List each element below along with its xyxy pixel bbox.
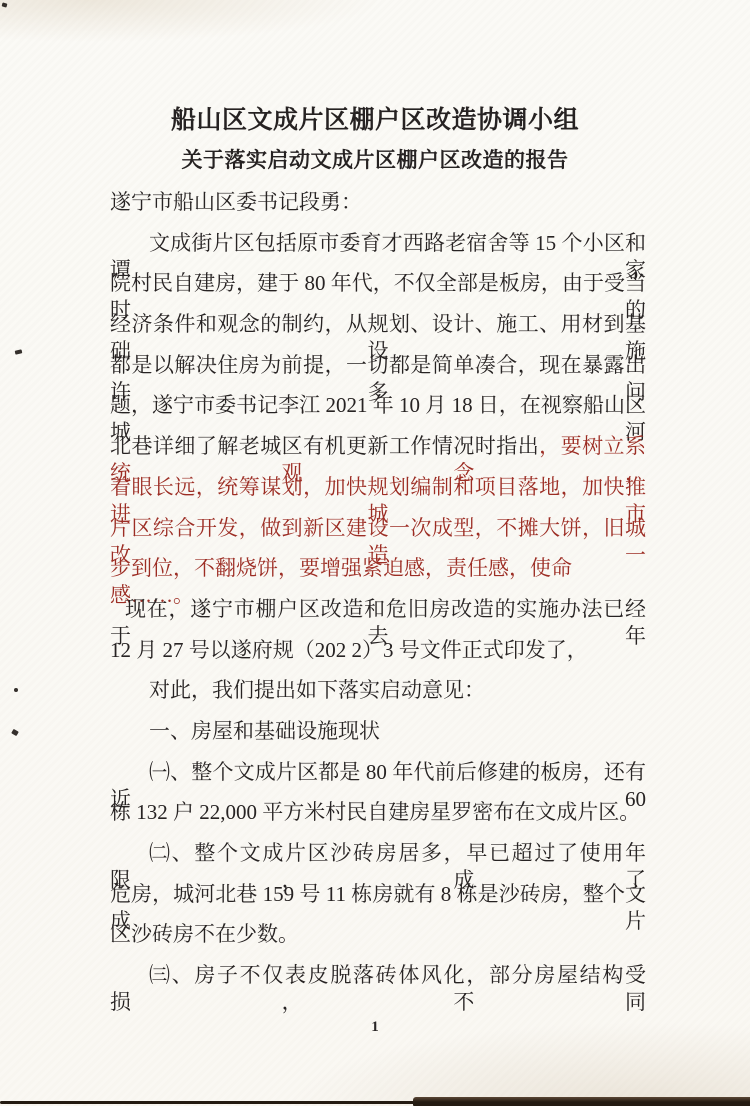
document-line: 片区综合开发，做到新区建设一次成型，不摊大饼，旧城改造一	[110, 515, 646, 556]
document-line: 步到位，不翻烧饼，要增强紧迫感，责任感，使命感……。	[110, 555, 646, 596]
scan-bottom-edge	[0, 1101, 465, 1104]
document-line: ㈠、整个文成片区都是 80 年代前后修建的板房，还有近 60	[110, 759, 646, 800]
document-line: 都是以解决住房为前提，一切都是简单凑合，现在暴露出许多问	[110, 352, 646, 393]
document-line: 文成街片区包括原市委育才西路老宿舍等 15 个小区和谭家	[110, 230, 646, 271]
document-line: 院村民自建房，建于 80 年代，不仅全部是板房，由于受当时的	[110, 270, 646, 311]
document-line: 遂宁市船山区委书记段勇：	[110, 189, 646, 230]
document-subtitle: 关于落实启动文成片区棚户区改造的报告	[0, 144, 750, 174]
scan-bottom-edge	[413, 1097, 750, 1106]
body-text: 对此，我们提出如下落实启动意见：	[149, 678, 485, 702]
document-line: 一、房屋和基础设施现状	[110, 718, 646, 759]
body-text: 北巷详细了解老城区有机更新工作情况时指出	[110, 434, 539, 458]
document-line: 北巷详细了解老城区有机更新工作情况时指出，要树立系统观念，	[110, 433, 646, 474]
document-line: 题，遂宁市委书记李江 2021 年 10 月 18 日，在视察船山区城河	[110, 392, 646, 433]
scan-speck	[14, 688, 18, 692]
document-line: 危房，城河北巷 159 号 11 栋房就有 8 栋是沙砖房，整个文成片	[110, 881, 646, 922]
document-line: 对此，我们提出如下落实启动意见：	[110, 677, 646, 718]
document-line: 现在，遂宁市棚户区改造和危旧房改造的实施办法已经于去年	[110, 596, 646, 637]
body-text: 栋 132 户 22,000 平方米村民自建房星罗密布在文成片区。	[110, 800, 640, 824]
body-text: 一、房屋和基础设施现状	[149, 719, 380, 743]
document-line: 栋 132 户 22,000 平方米村民自建房星罗密布在文成片区。	[110, 799, 646, 840]
document-line: ㈡、整个文成片区沙砖房居多，早已超过了使用年限，成了	[110, 840, 646, 881]
document-line: 12 月 27 号以遂府规（202 2）3 号文件正式印发了，	[110, 637, 646, 678]
document-line: ㈢、房子不仅表皮脱落砖体风化，部分房屋结构受损，不同	[110, 962, 646, 1003]
body-text: ㈢、房子不仅表皮脱落砖体风化，部分房屋结构受损，不同	[110, 963, 646, 1014]
page-number: 1	[0, 1019, 750, 1036]
body-text: 区沙砖房不在少数。	[110, 922, 299, 946]
document-title: 船山区文成片区棚户区改造协调小组	[0, 100, 750, 136]
document-body: 遂宁市船山区委书记段勇：文成街片区包括原市委育才西路老宿舍等 15 个小区和谭家…	[110, 189, 646, 1003]
body-text: 遂宁市船山区委书记段勇：	[110, 190, 362, 214]
document-line: 着眼长远，统筹谋划，加快规划编制和项目落地，加快推进城市	[110, 474, 646, 515]
body-text: 12 月 27 号以遂府规（202 2）3 号文件正式印发了，	[110, 638, 588, 662]
document-line: 经济条件和观念的制约，从规划、设计、施工、用材到基础设施	[110, 311, 646, 352]
